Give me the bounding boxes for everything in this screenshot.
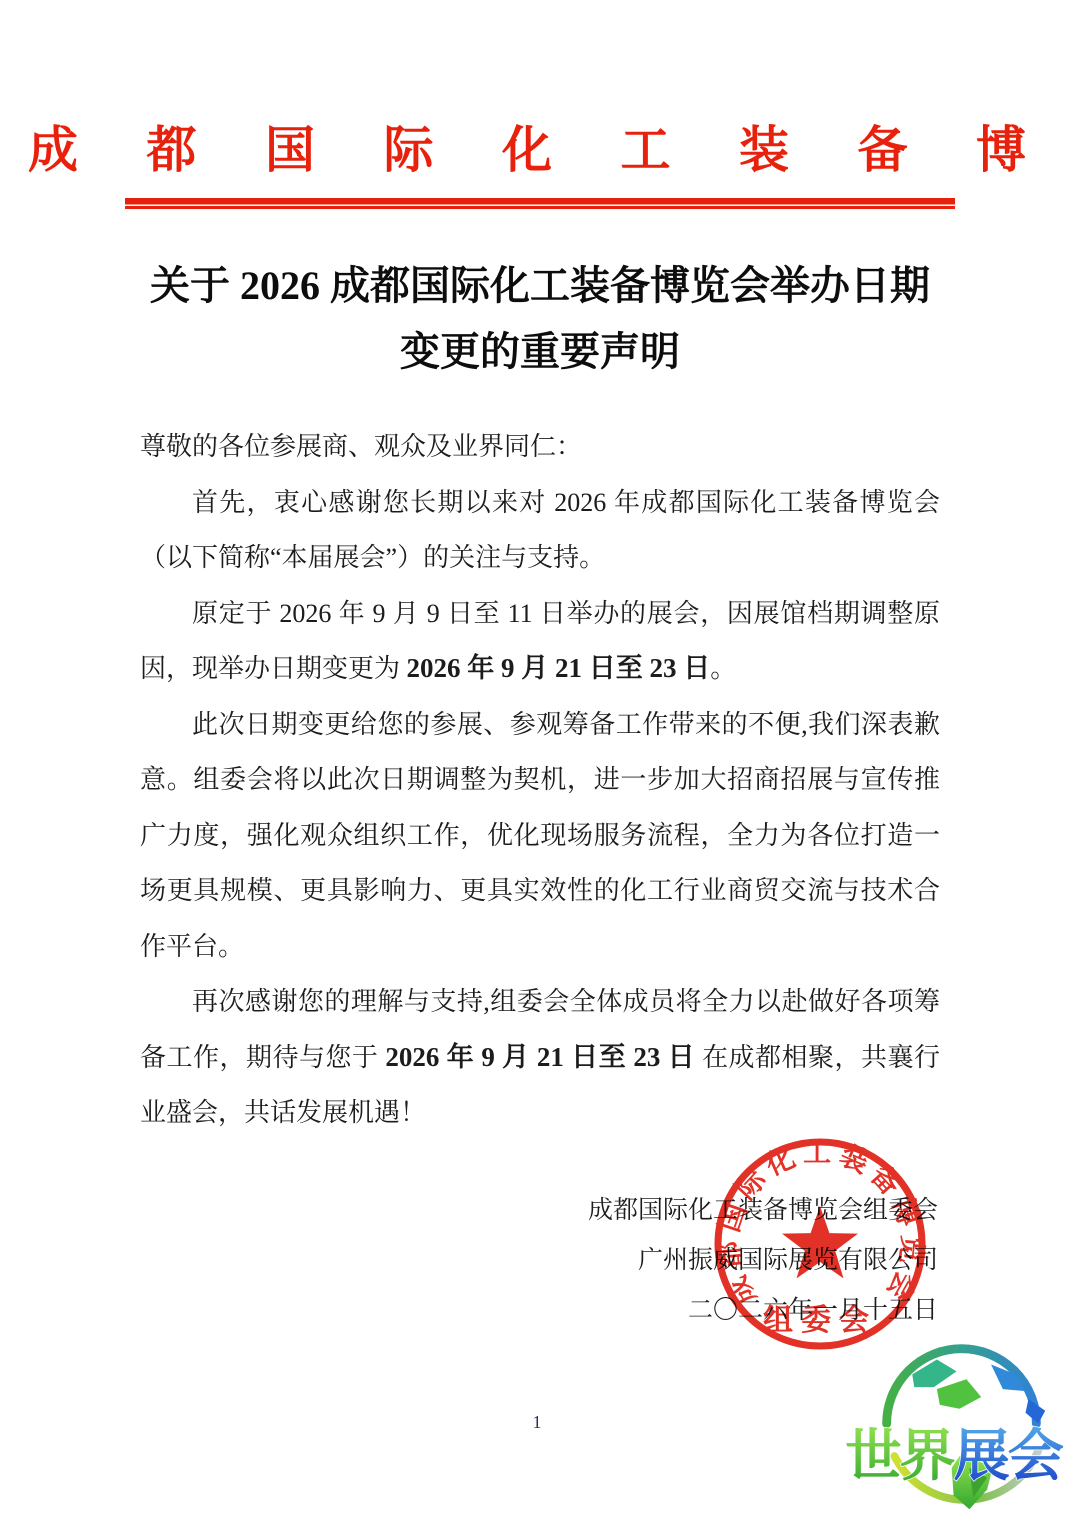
letterhead-rule [125,198,955,209]
paragraph-date-change: 原定于 2026 年 9 月 9 日至 11 日举办的展会，因展馆档期调整原因，… [140,586,940,697]
document-title-line2: 变更的重要声明 [400,329,680,374]
paragraph-text: 首先，衷心感谢您长期以来对 2026 年成都国际化工装备博览会（以下简称“本届展… [140,488,940,573]
globe-continent [937,1379,981,1409]
paragraph-text: 。 [710,654,736,683]
new-exhibition-date: 2026 年 9 月 21 日至 23 日 [407,653,711,683]
document-body: 尊敬的各位参展商、观众及业界同仁： 首先，衷心感谢您长期以来对 2026 年成都… [140,419,940,1141]
watermark-word-blue: 展会 [954,1424,1064,1487]
document-title: 关于 2026 成都国际化工装备博览会举办日期变更的重要声明 [0,253,1080,385]
watermark-wordmark: 世界展会 [845,1424,1063,1487]
page-number: 1 [0,1412,1074,1433]
paragraph-thanks: 首先，衷心感谢您长期以来对 2026 年成都国际化工装备博览会（以下简称“本届展… [140,475,940,586]
paragraph-apology: 此次日期变更给您的参展、参观筹备工作带来的不便,我们深表歉意。组委会将以此次日期… [140,697,940,975]
document-title-line1: 关于 2026 成都国际化工装备博览会举办日期 [150,263,930,308]
paragraph-text: 此次日期变更给您的参展、参观筹备工作带来的不便,我们深表歉意。组委会将以此次日期… [140,710,940,961]
new-exhibition-date: 2026 年 9 月 21 日至 23 日 [385,1042,695,1072]
seal-star-icon [782,1206,858,1278]
letterhead-title: 成 都 国 际 化 工 装 备 博 览 会 [0,0,1080,184]
paragraph-closing: 再次感谢您的理解与支持,组委会全体成员将全力以赴做好各项筹备工作，期待与您于 2… [140,974,940,1141]
document-page: 成 都 国 际 化 工 装 备 博 览 会 关于 2026 成都国际化工装备博览… [0,0,1080,1527]
official-seal-stamp-icon: 成都国际化工装备博览会 组委会 [710,1134,930,1354]
watermark-word-green: 世界 [845,1424,955,1487]
salutation: 尊敬的各位参展商、观众及业界同仁： [140,419,940,475]
